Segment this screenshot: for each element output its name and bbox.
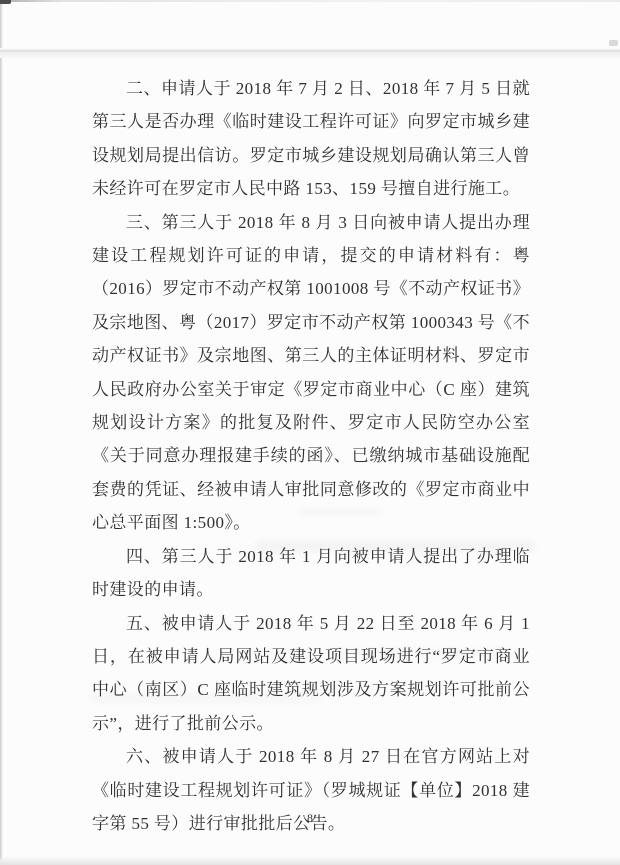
- doc-paragraph-5: 五、被申请人于 2018 年 5 月 22 日至 2018 年 6 月 1 日，…: [92, 607, 530, 741]
- document-body: 二、申请人于 2018 年 7 月 2 日、2018 年 7 月 5 日就第三人…: [92, 72, 530, 840]
- scan-bottom-edge-shadow: [0, 856, 620, 865]
- doc-paragraph-3: 三、第三人于 2018 年 8 月 3 日向被申请人提出办理建设工程规划许可证的…: [92, 206, 530, 540]
- doc-paragraph-4: 四、第三人于 2018 年 1 月向被申请人提出了办理临时建设的申请。: [92, 540, 530, 607]
- scan-speck: [609, 40, 618, 46]
- scan-horizontal-line: [0, 50, 620, 52]
- doc-paragraph-2: 二、申请人于 2018 年 7 月 2 日、2018 年 7 月 5 日就第三人…: [92, 72, 530, 206]
- scanned-document-page: 二、申请人于 2018 年 7 月 2 日、2018 年 7 月 5 日就第三人…: [0, 0, 620, 865]
- scan-top-edge-shadow: [0, 0, 620, 2]
- page-number: 8: [0, 811, 620, 826]
- scan-left-edge-shadow: [0, 0, 3, 865]
- scan-corner-mark: [0, 0, 11, 4]
